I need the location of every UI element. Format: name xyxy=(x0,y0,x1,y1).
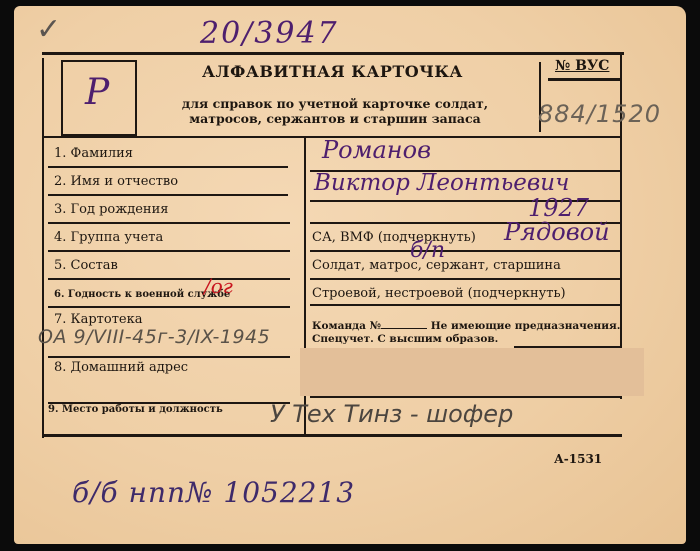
redacted-address xyxy=(300,348,644,396)
field-label-birth-year: 3. Год рождения xyxy=(54,202,168,217)
field-value-surname: Романов xyxy=(322,136,431,164)
team-line-1: Команда № Не имеющие предназначения. xyxy=(312,320,622,333)
card-number: 20/3947 xyxy=(200,16,339,51)
row-line xyxy=(48,194,288,196)
vus-value: 884/1520 xyxy=(538,100,661,128)
field-value-card-index: ОА 9/VIII-45г-3/IX-1945 xyxy=(38,326,270,348)
field-value-name: Виктор Леонтьевич xyxy=(314,170,569,196)
row-line xyxy=(48,250,290,252)
team-line-2: Спецучет. С высшим образов. xyxy=(312,333,622,346)
footer-note: б/б нпп№ 1052213 xyxy=(72,476,355,509)
letter-box-value: Р xyxy=(85,72,109,113)
field-label-group: 4. Группа учета xyxy=(54,230,163,245)
field-label-name: 2. Имя и отчество xyxy=(54,174,178,189)
row-line xyxy=(310,396,620,398)
field-label-composition: 5. Состав xyxy=(54,258,118,273)
fitness-option: Строевой, нестроевой (подчеркнуть) xyxy=(312,286,566,301)
team-section: Команда № Не имеющие предназначения. Спе… xyxy=(312,320,622,346)
check-mark-icon: ✓ xyxy=(36,12,61,47)
card-subtitle: для справок по учетной карточке солдат, … xyxy=(160,96,510,126)
field-value-rank: Рядовой xyxy=(504,218,610,246)
row-line xyxy=(48,222,290,224)
team-no-assignment: Не имеющие предназначения. xyxy=(431,320,621,332)
form-code: А-1531 xyxy=(554,452,602,466)
fitness-annotation: /ог xyxy=(204,274,233,298)
field-label-surname: 1. Фамилия xyxy=(54,146,133,161)
team-number-label: Команда № xyxy=(312,320,381,332)
row-line xyxy=(310,278,620,280)
field-label-home-address: 8. Домашний адрес xyxy=(54,360,188,375)
vus-label: № ВУС xyxy=(555,58,609,74)
team-number-blank xyxy=(381,328,427,329)
alphabet-card: ✓ 20/3947 Р АЛФАВИТНАЯ КАРТОЧКА для спра… xyxy=(14,6,686,544)
row-line xyxy=(48,278,290,280)
field-label-card-index: 7. Картотека xyxy=(54,312,142,327)
row-line xyxy=(310,250,620,252)
field-value-workplace: У Тех Тинз - шофер xyxy=(270,400,513,428)
card-title: АЛФАВИТНАЯ КАРТОЧКА xyxy=(202,62,502,81)
row-line xyxy=(310,304,620,306)
field-label-workplace: 9. Место работы и должность xyxy=(48,404,223,415)
subtitle-line-2: матросов, сержантов и старшин запаса xyxy=(160,111,510,126)
letter-box: Р xyxy=(61,60,137,136)
subtitle-line-1: для справок по учетной карточке солдат, xyxy=(160,96,510,111)
service-branch-option: СА, ВМФ (подчеркнуть) xyxy=(312,230,476,245)
row-line xyxy=(48,166,288,168)
row-line xyxy=(48,356,290,358)
top-border xyxy=(42,52,624,55)
vus-underline xyxy=(548,78,622,81)
composition-annotation: б/п xyxy=(410,238,445,263)
left-border xyxy=(42,58,44,438)
row-line xyxy=(48,306,290,308)
bottom-border xyxy=(42,434,622,437)
